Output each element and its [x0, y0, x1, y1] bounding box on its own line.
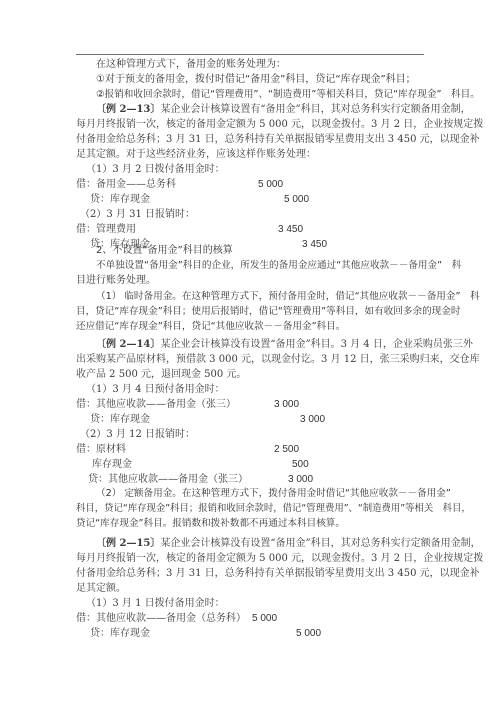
example-13-line-4: 足其定额。对于这些经济业务，应该这样作账务处理： — [76, 148, 316, 162]
example-15-line-1: 〔例 2—15〕某企业会计核算没有设置“备用金”科目，其对总务科实行定额备用金制… — [96, 537, 481, 551]
journal-entry-account: 借：备用金——总务科 — [76, 178, 176, 192]
temp-fund-line-3: 还应借记“库存现金”科目，贷记“其他应收款－－备用金”科目。 — [76, 320, 345, 334]
journal-entry-account: 借：其他应收款——备用金（张三） — [76, 398, 236, 412]
journal-entry-account: 借：管理费用 — [76, 223, 136, 237]
journal-entry-amount: 3 000 — [300, 413, 325, 427]
example-14-step-2-title: （2）3 月 12 日报销时： — [80, 428, 195, 442]
journal-entry-account: 库存现金 — [92, 458, 132, 472]
example-14-line-1: 〔例 2—14〕某企业会计核算没有设置“备用金”科目。3 月 4 日，企业采购员… — [96, 338, 473, 352]
journal-entry-amount: 3 450 — [278, 223, 303, 237]
journal-entry-amount: 3 000 — [274, 398, 299, 412]
journal-entry-amount: 5 000 — [296, 627, 321, 641]
example-13-line-1: 〔例 2—13〕某企业会计核算设置有“备用金”科目，其对总务科实行定额备用金制， — [96, 103, 471, 117]
example-15-label: 〔例 2—15〕 — [96, 538, 160, 549]
header-rule — [76, 54, 424, 55]
fixed-quota-line-3: 贷记“库存现金”科目。报销数和拨补数都不再通过本科目核算。 — [76, 517, 345, 531]
example-15-line-4: 足其定额。 — [76, 582, 126, 596]
example-14-line-3: 收产品 2 500 元，退回现金 500 元。 — [76, 368, 246, 382]
example-13-step-2-title: （2）3 月 31 日报销时： — [80, 208, 195, 222]
temp-fund-line-1: （1） 临时备用金。在这种管理方式下，预付备用金时，借记“其他应收款－－备用金”… — [96, 290, 480, 304]
fixed-quota-line-1: （2） 定额备用金。在这种管理方式下，拨付备用金时借记“其他应收款－－备用金” — [96, 487, 451, 501]
example-15-line-2: 每月月终报销一次，核定的备用金定额为 5 000 元，以现金拨付。3 月 2 日… — [76, 552, 483, 566]
example-14-label: 〔例 2—14〕 — [96, 339, 160, 350]
journal-entry-amount: 5 000 — [252, 612, 277, 626]
journal-entry-amount: 3 450 — [302, 238, 327, 252]
example-15-line-3: 付备用金给总务科；3 月 31 日，总务科持有关单据报销零星费用支出 3 450… — [76, 567, 480, 581]
example-14-line-2: 出采购某产品原材料，预借款 3 000 元，以现金付讫。3 月 12 日，张三采… — [76, 353, 480, 367]
journal-entry-account: 借：其他应收款——备用金（总务科） — [76, 612, 246, 626]
journal-entry-account: 借：原材料 — [76, 443, 126, 457]
journal-entry-amount: 5 000 — [284, 193, 309, 207]
journal-entry-account: 贷：库存现金 — [90, 193, 150, 207]
intro-item-1: ①对于预支的备用金，拨付时借记“备用金”科目，贷记“库存现金”科目； — [96, 73, 416, 87]
example-13-label: 〔例 2—13〕 — [96, 104, 160, 115]
example-13-step-1-title: （1）3 月 2 日拨付备用金时： — [86, 163, 225, 177]
journal-entry-amount: 500 — [292, 458, 309, 472]
section-2-para-line-2: 目进行账务处理。 — [76, 274, 156, 288]
fixed-quota-line-2: 科目，贷记“库存现金”科目；报销和收回余款时，借记“管理费用”、“制造费用”等相… — [76, 502, 471, 516]
journal-entry-amount: 2 500 — [274, 443, 299, 457]
example-15-step-1-title: （1）3 月 1 日拨付备用金时： — [86, 597, 225, 611]
journal-entry-account: 贷：其他应收款——备用金（张三） — [88, 473, 248, 487]
intro-item-2: ②报销和收回余款时，借记“管理费用”、“制造费用”等相关科目，贷记“库存现金” … — [96, 88, 480, 102]
section-2-para-line-1: 不单独设置“备用金”科目的企业，所发生的备用金应通过“其他应收款－－备用金” 科 — [96, 259, 461, 273]
journal-entry-account: 贷：库存现金 — [90, 413, 150, 427]
journal-entry-amount: 5 000 — [258, 178, 283, 192]
section-2-heading: 2、不设置“备用金”科目的核算 — [96, 244, 233, 258]
example-13-line-2: 每月月终报销一次，核定的备用金定额为 5 000 元，以现金拨付。3 月 2 日… — [76, 118, 483, 132]
journal-entry-amount: 3 000 — [288, 473, 313, 487]
example-13-line-3: 付备用金给总务科；3 月 31 日，总务科持有关单据报销零星费用支出 3 450… — [76, 133, 480, 147]
document-page: 在这种管理方式下，备用金的账务处理为： ①对于预支的备用金，拨付时借记“备用金”… — [0, 0, 500, 706]
temp-fund-line-2: 目，贷记“库存现金”科目；使用后报销时，借记“管理费用”等科目，如有收回多余的现… — [76, 305, 460, 319]
example-14-step-1-title: （1）3 月 4 日预付备用金时： — [86, 383, 225, 397]
journal-entry-account: 贷：库存现金 — [90, 627, 150, 641]
intro-lead: 在这种管理方式下，备用金的账务处理为： — [96, 58, 286, 72]
